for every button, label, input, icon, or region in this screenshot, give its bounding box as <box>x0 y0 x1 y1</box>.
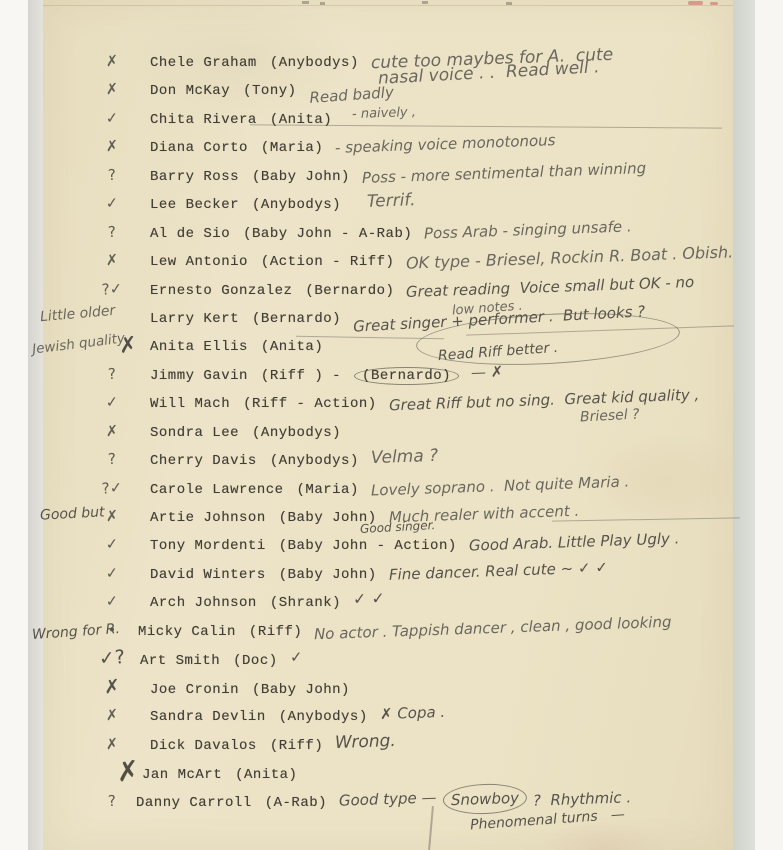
actor-name: Barry Ross <box>150 169 239 185</box>
actor-name: Ernesto Gonzalez <box>150 283 292 299</box>
pencil-note: Terrif. <box>366 186 416 216</box>
list-item: ✓?Art Smith(Doc)✓ <box>90 644 730 672</box>
scan-right-margin <box>755 0 783 850</box>
list-item: ✗Dick Davalos(Riff)Wrong. <box>90 730 730 758</box>
verdict-mark: ?✓ <box>89 273 135 304</box>
verdict-mark: ✓ <box>89 557 135 588</box>
role-name: (Maria) <box>297 482 359 498</box>
pencil-note: Wrong. <box>335 726 397 757</box>
list-item: •Micky Calin(Riff)No actor . Tappish dan… <box>90 616 730 644</box>
actor-name: Art Smith <box>140 653 220 669</box>
role-name: (Riff) <box>249 624 302 640</box>
role-name: (Doc) <box>233 653 278 669</box>
list-item: ✓Tony Mordenti(Baby John - Action)Good A… <box>90 530 730 558</box>
role-name: (Baby John) <box>252 169 350 185</box>
list-item: ✓Lee Becker(Anybodys)Terrif. <box>90 189 730 217</box>
red-pencil-mark <box>710 2 718 5</box>
role-name: (Action - Riff) <box>261 254 395 270</box>
role-name: (Tony) <box>243 83 296 99</box>
list-item: ?✓Carole Lawrence(Maria)Lovely soprano .… <box>90 474 730 502</box>
verdict-mark: ✗ <box>89 74 135 105</box>
list-item: ?Cherry Davis(Anybodys)Velma ? <box>90 445 730 473</box>
cutoff-text-mark <box>320 2 325 5</box>
actor-name: Anita Ellis <box>150 339 248 355</box>
scan-left-edge <box>28 0 43 850</box>
verdict-mark: ✗ <box>89 671 135 702</box>
verdict-mark: ✗ <box>89 700 135 731</box>
actor-name: Don McKay <box>150 83 230 99</box>
pencil-note: ✓ ✓ <box>352 585 385 615</box>
verdict-mark: ✓ <box>89 586 135 617</box>
role-name: (Riff - Action) <box>243 396 377 412</box>
actor-name: Sandra Devlin <box>150 709 266 725</box>
verdict-mark: ✓? <box>89 643 135 674</box>
actor-name: Sondra Lee <box>150 425 239 441</box>
role-name: (Shrank) <box>270 595 341 611</box>
role-name: (Maria) <box>261 140 323 156</box>
verdict-mark: ✗ <box>89 131 135 162</box>
role-name: (Anybodys) <box>279 709 368 725</box>
actor-name: Chele Graham <box>150 55 257 71</box>
actor-name: Chita Rivera <box>150 112 257 128</box>
verdict-mark: ? <box>89 216 135 247</box>
paper-top-edge <box>43 5 733 6</box>
role-name: (Anybodys) <box>252 197 341 213</box>
actor-name: Cherry Davis <box>150 453 257 469</box>
role-name: (Riff) <box>270 738 323 754</box>
role-name: (Bernardo) <box>305 283 394 299</box>
actor-name: Al de Sio <box>150 226 230 242</box>
actor-name: Artie Johnson <box>150 510 266 526</box>
handwritten-annotation: Briesel ? <box>580 406 640 425</box>
verdict-mark: ✓ <box>89 102 135 133</box>
pencil-note: - speaking voice monotonous <box>335 126 556 162</box>
pencil-note: ✗ Copa . <box>379 698 445 729</box>
role-name: (Baby John - A-Rab) <box>243 226 412 242</box>
scan-left-margin <box>0 0 28 850</box>
list-item: ✓David Winters(Baby John)Fine dancer. Re… <box>90 559 730 587</box>
verdict-mark: ✗ <box>89 245 135 276</box>
scan-right-edge <box>733 0 755 850</box>
role-name: (Baby John - Action) <box>279 538 457 554</box>
verdict-mark: ?✓ <box>89 472 135 503</box>
role-name: (A-Rab) <box>265 795 327 811</box>
verdict-mark: ✗ <box>89 46 135 77</box>
list-item: ✗Joe Cronin(Baby John) <box>90 673 730 701</box>
role-name: (Anita) <box>235 767 297 783</box>
verdict-mark: ✗ <box>89 415 135 446</box>
pencil-note: Velma ? <box>370 442 438 473</box>
verdict-mark: ✓ <box>89 529 135 560</box>
role-name: (Anybodys) <box>270 55 359 71</box>
verdict-mark: ? <box>89 444 135 475</box>
list-item: ?Danny Carroll(A-Rab)Good type — Snowboy… <box>90 786 730 814</box>
pencil-note: Fine dancer. Real cute ~ ✓ ✓ <box>388 553 608 589</box>
casting-list: ✗Chele Graham(Anybodys)cute too maybes f… <box>90 47 730 815</box>
role-name: (Anybodys) <box>252 425 341 441</box>
scanned-document: ✗Chele Graham(Anybodys)cute too maybes f… <box>0 0 783 850</box>
pencil-note: ✓ <box>289 643 303 672</box>
actor-name: Jimmy Gavin <box>150 368 248 384</box>
actor-name: Lee Becker <box>150 197 239 213</box>
verdict-mark: ✓ <box>89 188 135 219</box>
verdict-mark: ? <box>89 159 135 190</box>
list-item: ✗Sandra Devlin(Anybodys)✗ Copa . <box>90 701 730 729</box>
actor-name: Arch Johnson <box>150 595 257 611</box>
role-name: (Anita) <box>261 339 323 355</box>
margin-note: Good but <box>40 504 105 523</box>
actor-name: David Winters <box>150 567 266 583</box>
role-name: (Anybodys) <box>270 453 359 469</box>
role-name: (Baby John) <box>252 682 350 698</box>
actor-name: Danny Carroll <box>136 795 252 811</box>
cutoff-text-mark <box>422 1 428 4</box>
role-name: (Riff ) - <box>261 368 341 384</box>
handwritten-annotation: - naively , <box>352 105 416 122</box>
actor-name: Larry Kert <box>150 311 239 327</box>
actor-name: Tony Mordenti <box>150 538 266 554</box>
cutoff-text-mark <box>302 1 309 4</box>
red-pencil-mark <box>688 1 703 5</box>
actor-name: Micky Calin <box>138 624 236 640</box>
actor-name: Will Mach <box>150 396 230 412</box>
circled-pencil-note: Snowboy <box>443 783 528 816</box>
circled-role: (Bernardo) <box>354 367 459 385</box>
verdict-mark: ? <box>89 786 135 817</box>
cutoff-text-mark <box>506 2 512 5</box>
list-item: ✗Jan McArt(Anita) <box>90 758 730 786</box>
verdict-mark: ✓ <box>89 387 135 418</box>
verdict-mark <box>90 320 134 323</box>
actor-name: Carole Lawrence <box>150 482 284 498</box>
list-item: ?Barry Ross(Baby John)Poss - more sentim… <box>90 161 730 189</box>
verdict-mark: ? <box>89 358 135 389</box>
actor-name: Joe Cronin <box>150 682 239 698</box>
role-name: (Baby John) <box>279 567 377 583</box>
pencil-note: Good type — <box>338 784 441 816</box>
role-name: (Bernardo) <box>252 311 341 327</box>
actor-name: Diana Corto <box>150 140 248 156</box>
actor-name: Dick Davalos <box>150 738 257 754</box>
actor-name: Lew Antonio <box>150 254 248 270</box>
